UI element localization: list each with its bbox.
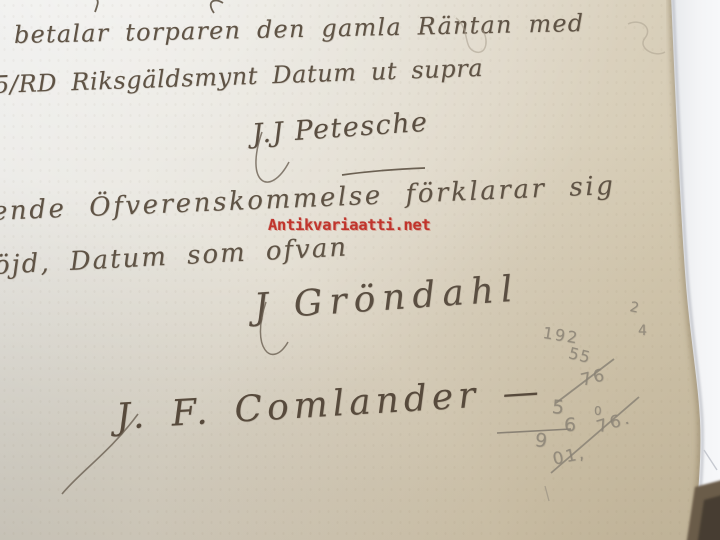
pencil-number: 6 [564, 414, 576, 436]
photo-of-handwritten-document: betalar torparen den gamla Räntan med 5/… [0, 0, 720, 540]
pencil-number: 5 [551, 396, 565, 419]
watermark-antikvariaatti: Antikvariaatti.net [268, 216, 431, 234]
pencil-number: 4 [638, 323, 647, 339]
